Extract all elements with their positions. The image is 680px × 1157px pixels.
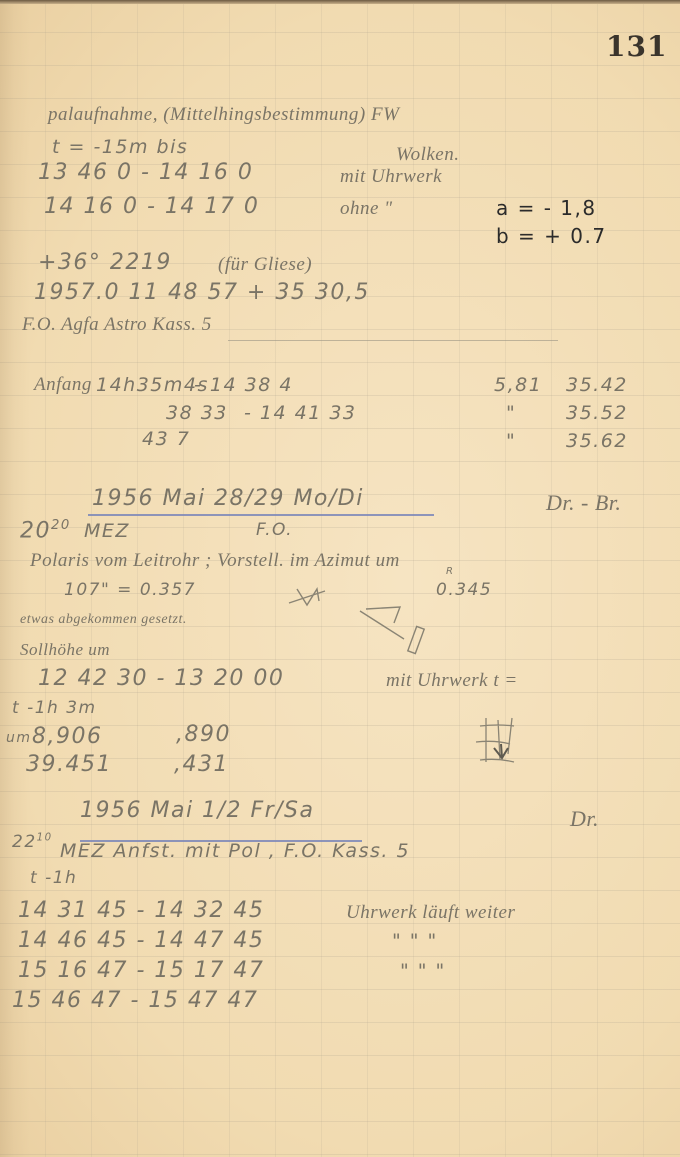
table-label-anfang: Anfang	[34, 374, 92, 396]
entry1-row2-time: 14 16 0 - 14 17 0	[44, 194, 259, 219]
entry2-timezone: MEZ	[84, 520, 130, 542]
entry3-row-3-time: 15 16 47 - 15 17 47	[18, 958, 264, 983]
param-a: a = - 1,8	[496, 196, 597, 220]
entry2-calib-right-sup: R	[446, 566, 454, 577]
plate-info: F.O. Agfa Astro Kass. 5	[22, 314, 212, 336]
entry3-t-offset: t -1h	[30, 868, 77, 888]
entry1-title-line: palaufnahme, (Mittelhingsbestimmung) FW	[48, 104, 399, 126]
entry2-reading1-right: ,890	[176, 722, 231, 747]
plate-info-underline	[228, 340, 558, 341]
page-number: 131	[606, 30, 667, 63]
entry2-calib-left: 107" = 0.357	[64, 580, 196, 600]
entry1-t-line: t = -15m bis	[52, 136, 188, 158]
entry2-note2: Sollhöhe um	[20, 640, 110, 660]
entry2-observers: Dr. - Br.	[546, 490, 621, 516]
table-row-3-val2: 35.62	[566, 430, 628, 452]
table-row-1-start: 14h35m4s	[96, 374, 209, 396]
telescope-sketch-icon	[360, 605, 430, 655]
table-row-3-val1: "	[506, 430, 516, 452]
crossed-angle-sketch-icon	[285, 585, 345, 610]
entry2-reading2-left: 39.451	[26, 752, 112, 777]
entry3-time: 2210	[12, 832, 53, 852]
entry3-row-1-note: Uhrwerk läuft weiter	[346, 902, 515, 924]
table-row-2-val1: "	[506, 402, 516, 424]
page-top-edge	[0, 0, 680, 4]
entry3-row-2-note: " " "	[392, 930, 438, 952]
entry3-observer: Dr.	[570, 806, 599, 832]
entry2-reading2-right: ,431	[174, 752, 229, 777]
entry3-row-2-time: 14 46 45 - 14 47 45	[18, 928, 264, 953]
entry2-note1: etwas abgekommen gesetzt.	[20, 612, 187, 628]
entry3-time-minutes: 10	[37, 832, 53, 843]
entry2-run-note: mit Uhrwerk t =	[386, 670, 518, 692]
table-row-2-end: - 14 41 33	[244, 402, 357, 424]
entry2-polaris-line: Polaris vom Leitrohr ; Vorstell. im Azim…	[30, 550, 400, 572]
table-row-2-val2: 35.52	[566, 402, 628, 424]
star-id: +36° 2219	[38, 250, 172, 275]
entry3-info-line: MEZ Anfst. mit Pol , F.O. Kass. 5	[60, 840, 410, 862]
entry2-fo: F.O.	[256, 520, 293, 540]
entry2-reading1-prefix: um	[6, 730, 32, 746]
entry2-time-minutes: 20	[51, 518, 71, 533]
entry2-reading1-left: 8,906	[32, 724, 102, 749]
entry3-row-3-note: " " "	[400, 960, 446, 982]
entry2-t-offset: t -1h 3m	[12, 698, 97, 718]
table-row-1-end: - 14 38 4	[194, 374, 293, 396]
star-note: (für Gliese)	[218, 254, 312, 276]
param-b: b = + 0.7	[496, 224, 607, 248]
entry2-run-time: 12 42 30 - 13 20 00	[38, 666, 284, 691]
table-row-1-val1: 5,81	[494, 374, 542, 396]
table-row-1-val2: 35.42	[566, 374, 628, 396]
entry3-row-1-time: 14 31 45 - 14 32 45	[18, 898, 264, 923]
notebook-page: 131 palaufnahme, (Mittelhingsbestimmung)…	[0, 0, 680, 1157]
entry1-wolken-note: Wolken.	[396, 144, 459, 166]
scale-arrow-sketch-icon	[474, 714, 534, 766]
entry1-row1-time: 13 46 0 - 14 16 0	[38, 160, 253, 185]
entry1-row2-note: ohne "	[340, 198, 393, 220]
entry2-time-hours: 20	[20, 518, 51, 543]
entry3-date-header: 1956 Mai 1/2 Fr/Sa	[80, 798, 315, 823]
entry2-date-header: 1956 Mai 28/29 Mo/Di	[92, 486, 364, 511]
entry2-date-underline	[88, 514, 434, 516]
table-row-2-start: 38 33	[166, 402, 228, 424]
entry1-row1-note: mit Uhrwerk	[340, 166, 442, 188]
entry3-row-4-time: 15 46 47 - 15 47 47	[12, 988, 258, 1013]
entry2-calib-right: 0.345	[436, 580, 492, 600]
star-coords: 1957.0 11 48 57 + 35 30,5	[34, 280, 370, 305]
table-row-3-start: 43 7	[142, 428, 190, 450]
entry3-time-hours: 22	[12, 832, 37, 852]
entry2-time: 2020	[20, 518, 71, 543]
